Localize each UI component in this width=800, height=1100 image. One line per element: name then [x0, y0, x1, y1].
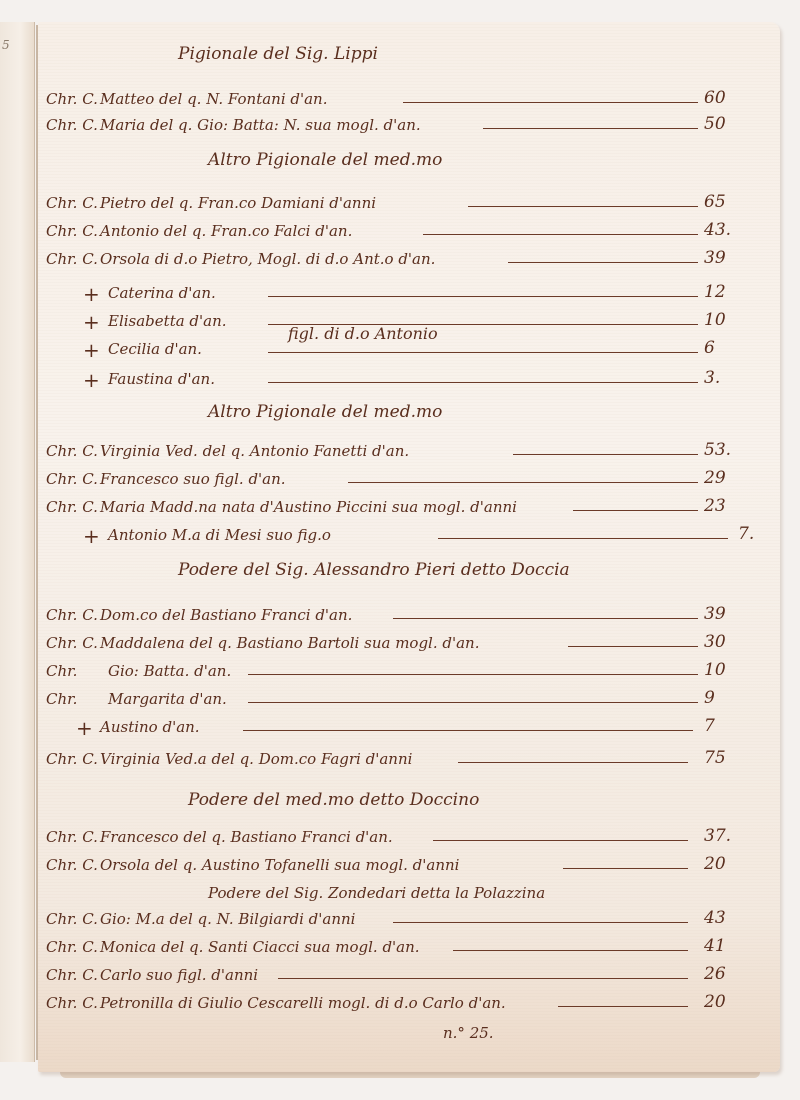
section-heading: Altro Pigionale del med.mo — [208, 150, 442, 170]
leader-line — [563, 868, 688, 869]
table-row: Chr. Gio: Batta. d'an. 10 — [38, 662, 780, 686]
table-row: Chr. C. Orsola di d.o Pietro, Mogl. di d… — [38, 250, 780, 274]
table-row: Chr. C. Francesco suo figl. d'an. 29 — [38, 470, 780, 494]
cross-mark: + — [83, 524, 100, 548]
leader-line — [268, 382, 698, 383]
age-value: 7. — [738, 524, 788, 544]
age-value: 60 — [704, 88, 754, 108]
age-value: 20 — [704, 992, 754, 1012]
person-entry: Matteo del q. N. Fontani d'an. — [100, 90, 328, 108]
row-prefix: Chr. C. — [46, 116, 98, 134]
table-row: Chr. C. Maria Madd.na nata d'Austino Pic… — [38, 498, 780, 522]
table-row: Chr. C. Virginia Ved.a del q. Dom.co Fag… — [38, 750, 780, 774]
leader-line — [348, 482, 698, 483]
section-heading: Altro Pigionale del med.mo — [208, 402, 442, 422]
person-entry: Pietro del q. Fran.co Damiani d'anni — [100, 194, 376, 212]
leader-line — [248, 702, 698, 703]
cross-mark: + — [76, 716, 93, 740]
age-value: 43 — [704, 908, 754, 928]
person-entry: Antonio M.a di Mesi suo fig.o — [108, 526, 331, 544]
table-row: Chr. C. Petronilla di Giulio Cescarelli … — [38, 994, 780, 1018]
person-entry: Gio: Batta. d'an. — [108, 662, 231, 680]
age-value: 3. — [704, 368, 754, 388]
leader-line — [433, 840, 688, 841]
person-entry: Austino d'an. — [100, 718, 200, 736]
person-entry: Margarita d'an. — [108, 690, 227, 708]
leader-line — [393, 618, 698, 619]
age-value: 37. — [704, 826, 754, 846]
person-entry: Francesco suo figl. d'an. — [100, 470, 286, 488]
row-prefix: Chr. C. — [46, 90, 98, 108]
person-entry: Maddalena del q. Bastiano Bartoli sua mo… — [100, 634, 479, 652]
person-entry: Elisabetta d'an. — [108, 312, 227, 330]
row-prefix: Chr. C. — [46, 828, 98, 846]
row-prefix: Chr. C. — [46, 994, 98, 1012]
row-prefix: Chr. C. — [46, 966, 98, 984]
age-value: 6 — [704, 338, 754, 358]
age-value: 30 — [704, 632, 754, 652]
age-value: 20 — [704, 854, 754, 874]
table-row: Chr. C. Antonio del q. Fran.co Falci d'a… — [38, 222, 780, 246]
row-prefix: Chr. C. — [46, 194, 98, 212]
cross-mark: + — [83, 310, 100, 334]
table-row: Chr. C. Carlo suo figl. d'anni 26 — [38, 966, 780, 990]
total-count: n.° 25. — [443, 1024, 494, 1042]
age-value: 53. — [704, 440, 754, 460]
row-prefix: Chr. C. — [46, 750, 98, 768]
age-value: 65 — [704, 192, 754, 212]
age-value: 41 — [704, 936, 754, 956]
leader-line — [248, 674, 698, 675]
table-row: Chr. C. Maria del q. Gio: Batta: N. sua … — [38, 116, 780, 140]
table-row: Chr. C. Monica del q. Santi Ciacci sua m… — [38, 938, 780, 962]
leader-line — [438, 538, 728, 539]
age-value: 50 — [704, 114, 754, 134]
table-row: + Antonio M.a di Mesi suo fig.o 7. — [38, 526, 780, 550]
section-heading: Pigionale del Sig. Lippi — [178, 44, 378, 64]
table-row: Chr. C. Maddalena del q. Bastiano Bartol… — [38, 634, 780, 658]
leader-line — [573, 510, 698, 511]
leader-line — [458, 762, 688, 763]
facing-page-edge — [0, 22, 35, 1062]
leader-line — [423, 234, 698, 235]
person-entry: Francesco del q. Bastiano Franci d'an. — [100, 828, 393, 846]
table-row: + Caterina d'an. 12 — [38, 284, 780, 308]
table-row: + Faustina d'an. 3. — [38, 370, 780, 394]
person-entry: Gio: M.a del q. N. Bilgiardi d'anni — [100, 910, 355, 928]
age-value: 10 — [704, 310, 754, 330]
person-entry: Dom.co del Bastiano Franci d'an. — [100, 606, 352, 624]
person-entry: Cecilia d'an. — [108, 340, 202, 358]
person-entry: Virginia Ved. del q. Antonio Fanetti d'a… — [100, 442, 409, 460]
person-entry: Antonio del q. Fran.co Falci d'an. — [100, 222, 352, 240]
cross-mark: + — [83, 368, 100, 392]
table-row: Chr. C. Gio: M.a del q. N. Bilgiardi d'a… — [38, 910, 780, 934]
row-prefix: Chr. C. — [46, 222, 98, 240]
cross-mark: + — [83, 338, 100, 362]
age-value: 29 — [704, 468, 754, 488]
age-value: 75 — [704, 748, 754, 768]
age-value: 39 — [704, 604, 754, 624]
leader-line — [468, 206, 698, 207]
person-entry: Carlo suo figl. d'anni — [100, 966, 258, 984]
person-entry: Monica del q. Santi Ciacci sua mogl. d'a… — [100, 938, 420, 956]
row-prefix: Chr. C. — [46, 856, 98, 874]
person-entry: Virginia Ved.a del q. Dom.co Fagri d'ann… — [100, 750, 412, 768]
leader-line — [278, 978, 688, 979]
leader-line — [243, 730, 693, 731]
leader-line — [393, 922, 688, 923]
leader-line — [268, 296, 698, 297]
person-entry: Orsola di d.o Pietro, Mogl. di d.o Ant.o… — [100, 250, 435, 268]
leader-line — [513, 454, 698, 455]
person-entry: Faustina d'an. — [108, 370, 215, 388]
row-prefix: Chr. C. — [46, 442, 98, 460]
person-entry: Caterina d'an. — [108, 284, 216, 302]
table-row: Chr. C. Orsola del q. Austino Tofanelli … — [38, 856, 780, 880]
table-row: + Austino d'an. 7 — [38, 718, 780, 742]
manuscript-page: Pigionale del Sig. Lippi Chr. C. Matteo … — [38, 22, 780, 1072]
row-prefix: Chr. C. — [46, 470, 98, 488]
age-value: 7 — [704, 716, 754, 736]
leader-line — [403, 102, 698, 103]
leader-line — [453, 950, 688, 951]
person-entry: Maria del q. Gio: Batta: N. sua mogl. d'… — [100, 116, 421, 134]
section-heading: Podere del Sig. Alessandro Pieri detto D… — [178, 560, 570, 580]
leader-line — [558, 1006, 688, 1007]
age-value: 9 — [704, 688, 754, 708]
row-prefix: Chr. C. — [46, 606, 98, 624]
row-prefix: Chr. C. — [46, 634, 98, 652]
leader-line — [508, 262, 698, 263]
table-row: Chr. C. Virginia Ved. del q. Antonio Fan… — [38, 442, 780, 466]
age-value: 43. — [704, 220, 754, 240]
person-entry: Orsola del q. Austino Tofanelli sua mogl… — [100, 856, 459, 874]
table-row: Chr. C. Dom.co del Bastiano Franci d'an.… — [38, 606, 780, 630]
row-prefix: Chr. — [46, 690, 77, 708]
row-prefix: Chr. C. — [46, 938, 98, 956]
age-value: 26 — [704, 964, 754, 984]
row-prefix: Chr. C. — [46, 910, 98, 928]
person-entry: Petronilla di Giulio Cescarelli mogl. di… — [100, 994, 506, 1012]
table-row: Chr. C. Pietro del q. Fran.co Damiani d'… — [38, 194, 780, 218]
person-entry: Maria Madd.na nata d'Austino Piccini sua… — [100, 498, 517, 516]
row-prefix: Chr. — [46, 662, 77, 680]
row-prefix: Chr. C. — [46, 498, 98, 516]
leader-line — [568, 646, 698, 647]
table-row: + Cecilia d'an. 6 — [38, 340, 780, 364]
age-value: 39 — [704, 248, 754, 268]
leader-line — [483, 128, 698, 129]
age-value: 10 — [704, 660, 754, 680]
row-prefix: Chr. C. — [46, 250, 98, 268]
leader-line — [268, 352, 698, 353]
age-value: 12 — [704, 282, 754, 302]
age-value: 23 — [704, 496, 754, 516]
section-heading: Podere del Sig. Zondedari detta la Polaz… — [208, 884, 545, 902]
table-row: Chr. C. Francesco del q. Bastiano Franci… — [38, 828, 780, 852]
cross-mark: + — [83, 282, 100, 306]
margin-mark: 5 — [2, 38, 10, 52]
table-row: Chr. C. Matteo del q. N. Fontani d'an. 6… — [38, 90, 780, 114]
section-heading: Podere del med.mo detto Doccino — [188, 790, 479, 810]
table-row: Chr. Margarita d'an. 9 — [38, 690, 780, 714]
